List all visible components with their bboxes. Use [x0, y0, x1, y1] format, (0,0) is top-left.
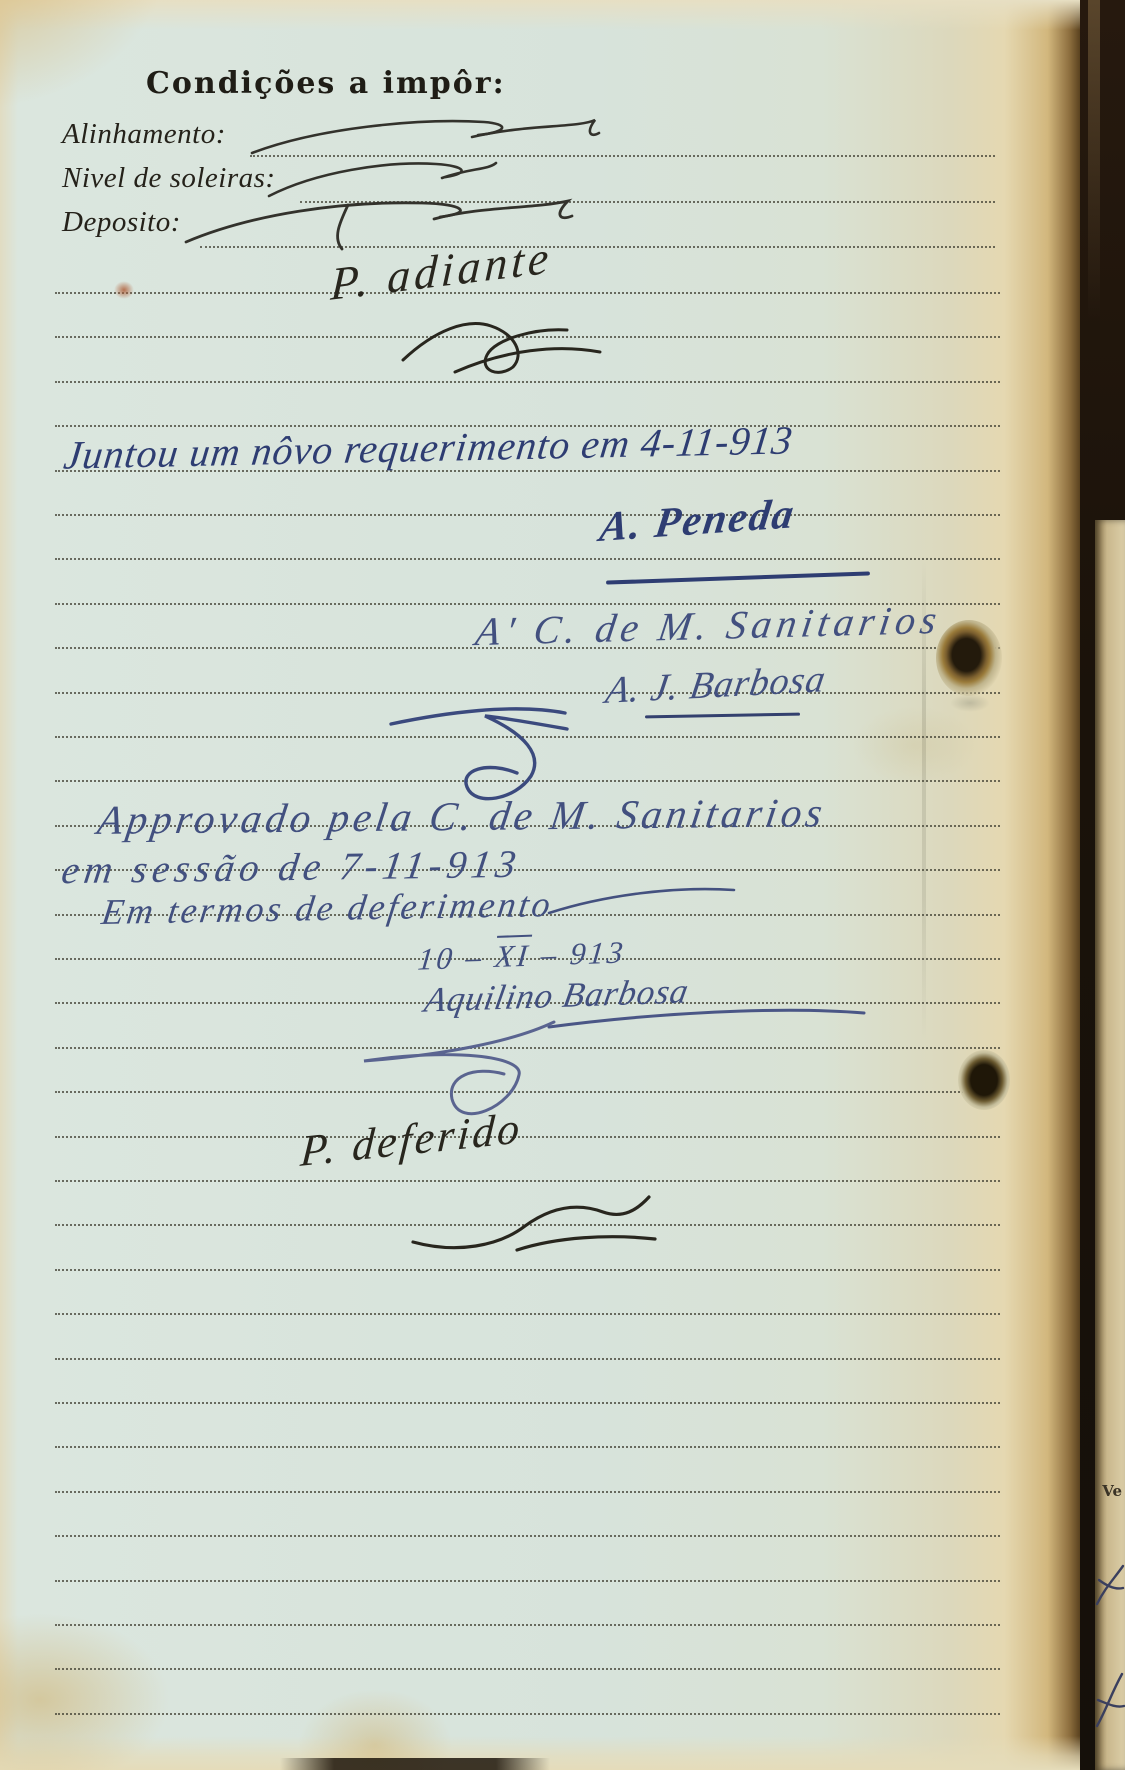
- annotation-approval-1: Approvado pela C. de M. Sanitarios: [95, 792, 829, 841]
- annotation-approval-date: 10 – XI – 913: [416, 936, 627, 974]
- signature-barbosa: A. J. Barbosa: [603, 660, 829, 710]
- paper-hole-lower: [958, 1050, 1010, 1110]
- paper-crease: [922, 560, 926, 1040]
- ruled-line: [55, 1136, 1000, 1138]
- ruled-line: [55, 1402, 1000, 1404]
- annotation-entry: Juntou um nôvo requerimento em 4-11-913: [62, 420, 795, 475]
- date-roman-month: XI: [493, 935, 532, 974]
- annotation-dispatch-bottom: P. deferido: [299, 1106, 524, 1174]
- ruled-line: [55, 1535, 1000, 1537]
- field-label-alinhamento: Alinhamento:: [62, 118, 226, 151]
- next-page-ink-fragment-2: [1095, 1670, 1125, 1730]
- ruled-line: [55, 1713, 1000, 1715]
- annotation-approval-3: Em termos de deferimento: [99, 886, 555, 930]
- bottom-edge-shadow: [280, 1758, 550, 1770]
- ruled-line: [55, 558, 1000, 560]
- paper-sheet: Condições a impôr: Alinhamento: Nivel de…: [0, 0, 1080, 1770]
- next-page-edge: Ve: [1095, 520, 1125, 1770]
- rubric-dispatch-top: [395, 298, 610, 383]
- next-page-print-fragment: Ve: [1102, 1482, 1122, 1500]
- ruled-line: [55, 1269, 1000, 1271]
- ruled-line: [55, 1668, 1000, 1670]
- signature-barbosa-underline: [645, 713, 800, 719]
- paper-hole-upper: [936, 620, 1002, 696]
- annotation-approval-2: em sessão de 7-11-913: [59, 845, 523, 890]
- annotation-referral: A' C. de M. Sanitarios: [473, 600, 944, 652]
- ruled-line: [55, 1358, 1000, 1360]
- ruled-line: [55, 1580, 1000, 1582]
- date-suffix: – 913: [539, 934, 627, 972]
- paper-hole-upper-shadow: [950, 694, 990, 712]
- ink-spot: [114, 281, 134, 299]
- signature-peneda-underline: [606, 571, 870, 584]
- rubric-dispatch-bottom: [405, 1188, 660, 1260]
- ruled-line: [55, 1624, 1000, 1626]
- field-label-deposito: Deposito:: [62, 206, 181, 239]
- ruled-line: [55, 514, 1000, 516]
- signature-peneda: A. Peneda: [597, 493, 798, 549]
- pen-stroke-signature-bar: [545, 1002, 870, 1034]
- gutter-highlight: [1088, 0, 1100, 320]
- next-page-ink-fragment-1: [1095, 1560, 1125, 1610]
- ruled-line: [55, 292, 1000, 294]
- ruled-line: [55, 1491, 1000, 1493]
- pen-swoosh-deferimento: [545, 880, 740, 918]
- scanned-ledger-page: Condições a impôr: Alinhamento: Nivel de…: [0, 0, 1125, 1770]
- ruled-line: [55, 1180, 1000, 1182]
- page-title: Condições a impôr:: [146, 66, 506, 101]
- date-prefix: 10 –: [416, 939, 486, 976]
- ruled-line: [55, 1313, 1000, 1315]
- ruled-line: [55, 1446, 1000, 1448]
